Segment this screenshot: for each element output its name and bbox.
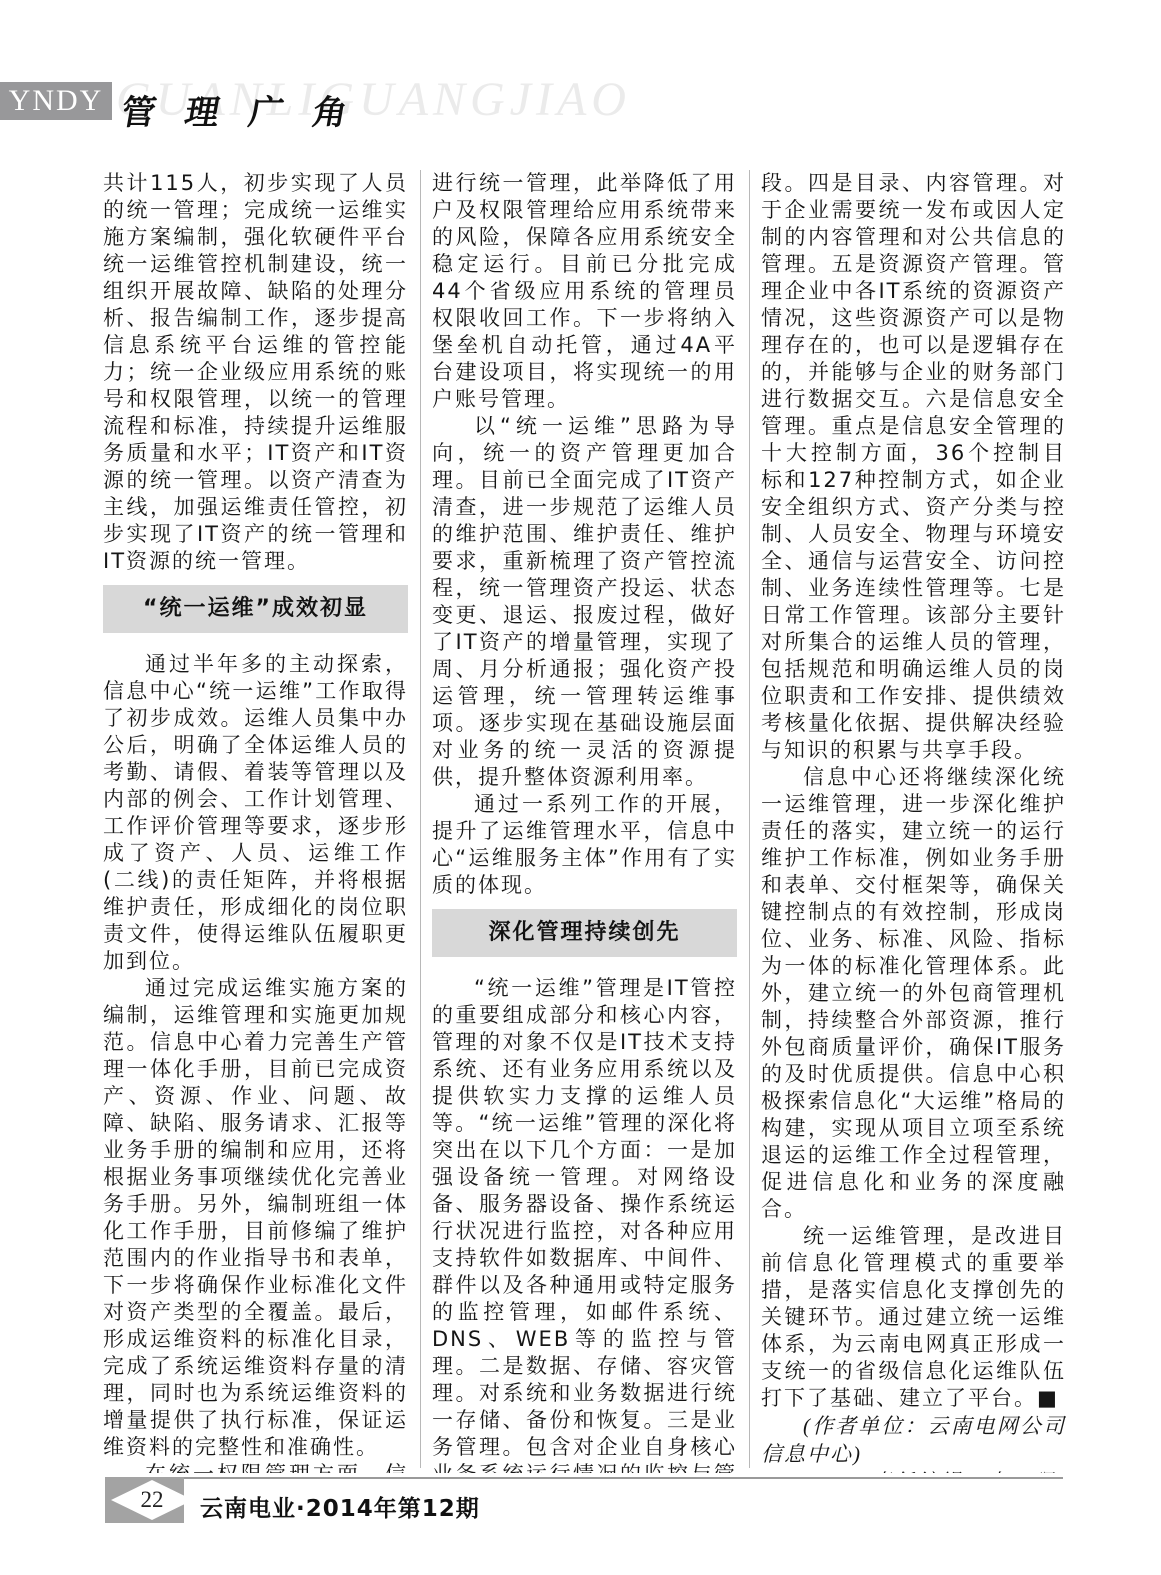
paragraph: 信息中心还将继续深化统一运维管理，进一步深化维护责任的落实，建立统一的运行维护工… <box>761 764 1066 1223</box>
paragraph: 统一运维管理，是改进目前信息化管理模式的重要举措，是落实信息化支撑创先的关键环节… <box>761 1223 1066 1412</box>
paragraph: 进行统一管理，此举降低了用户及权限管理给应用系统带来的风险，保障各应用系统安全稳… <box>432 170 737 413</box>
paragraph: 通过完成运维实施方案的编制，运维管理和实施更加规范。信息中心着力完善生产管理一体… <box>103 975 408 1461</box>
page-header: GUANLIGUANGJIAO YNDY 管 理 广 角 <box>0 0 1161 150</box>
paragraph: “统一运维”管理是IT管控的重要组成部分和核心内容，管理的对象不仅是IT技术支持… <box>432 975 737 1473</box>
section-heading-unified-om-results: “统一运维”成效初显 <box>103 585 408 633</box>
paragraph: 段。四是目录、内容管理。对于企业需要统一发布或因人定制的内容管理和对公共信息的管… <box>761 170 1066 764</box>
column-2: 进行统一管理，此举降低了用户及权限管理给应用系统带来的风险，保障各应用系统安全稳… <box>432 170 737 1473</box>
paragraph: 通过一系列工作的开展，提升了运维管理水平，信息中心“运维服务主体”作用有了实质的… <box>432 791 737 899</box>
author-affiliation-note: (作者单位：云南电网公司信息中心) <box>761 1412 1066 1468</box>
column-1: 共计115人，初步实现了人员的统一管理；完成统一运维实施方案编制，强化软硬件平台… <box>103 170 408 1473</box>
paragraph: 通过半年多的主动探索，信息中心“统一运维”工作取得了初步成效。运维人员集中办公后… <box>103 651 408 975</box>
article-body: 共计115人，初步实现了人员的统一管理；完成统一运维实施方案编制，强化软硬件平台… <box>103 170 1066 1473</box>
responsible-editor-line: 责任编辑：李 琛 <box>761 1468 1066 1473</box>
magazine-page: GUANLIGUANGJIAO YNDY 管 理 广 角 共计115人，初步实现… <box>0 0 1161 1575</box>
journal-issue-label: 云南电业·2014年第12期 <box>200 1490 480 1523</box>
paragraph: 共计115人，初步实现了人员的统一管理；完成统一运维实施方案编制，强化软硬件平台… <box>103 170 408 575</box>
journal-logo: YNDY <box>0 82 112 120</box>
column-3: 段。四是目录、内容管理。对于企业需要统一发布或因人定制的内容管理和对公共信息的管… <box>761 170 1066 1473</box>
column-divider <box>420 170 421 1468</box>
paragraph: 以“统一运维”思路为导向，统一的资产管理更加合理。目前已全面完成了IT资产清查，… <box>432 413 737 791</box>
column-section-title: 管 理 广 角 <box>118 85 361 134</box>
column-divider <box>749 170 750 1468</box>
section-heading-deepen-management: 深化管理持续创先 <box>432 909 737 957</box>
footer-rule <box>105 1477 1063 1479</box>
paragraph: 在统一权限管理方面，信息中心对省级应用系统用户及权限 <box>103 1461 408 1473</box>
